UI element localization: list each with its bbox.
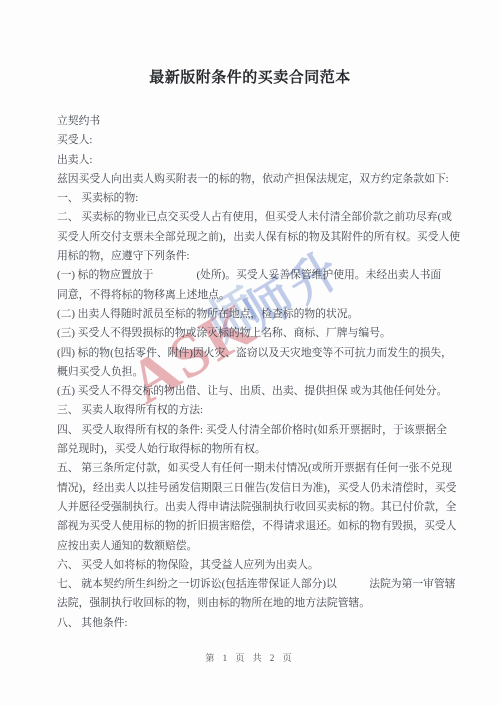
document-line: 出卖人:: [57, 151, 457, 170]
document-line: (三) 买受人不得毁损标的物或涂灭标的物上名称、商标、厂牌与编号。: [57, 324, 457, 343]
document-line: 立契约书: [57, 112, 457, 131]
document-line: 买受人所交付支票未全部兑现之前)，出卖人保有标的物及其附件的所有权。买受人使: [57, 228, 457, 247]
document-line: 七、 就本契约所生纠纷之一切诉讼(包括连带保证人部分)以 法院为第一审管辖: [57, 575, 457, 594]
document-line: 法院，强制执行收回标的物，则由标的物所在地的地方法院管辖。: [57, 594, 457, 613]
document-line: (四) 标的物(包括零件、附件)因火灾、盗窃以及天灾地变等不可抗力而发生的损失，: [57, 344, 457, 363]
document-line: 用标的物，应遵守下列条件:: [57, 247, 457, 266]
document-line: (一) 标的物应置放于 (处所)。买受人妥善保管维护使用。未经出卖人书面: [57, 266, 457, 285]
document-line: 三、 买卖人取得所有权的方法:: [57, 401, 457, 420]
document-line: 应按出卖人通知的数额赔偿。: [57, 537, 457, 556]
document-line: 部兑现时)，买受人始行取得标的物所有权。: [57, 440, 457, 459]
page-footer: 第 1 页 共 2 页: [0, 651, 500, 664]
document-line: 一、 买卖标的物:: [57, 189, 457, 208]
contract-page: 最新版附条件的买卖合同范本 ASK师升 师 立契约书买受人:出卖人:兹因买受人向…: [0, 0, 500, 706]
document-line: (五) 买受人不得交标的物出借、让与、出质、出卖、提供担保 或为其他任何处分。: [57, 382, 457, 401]
document-line: 部视为买受人使用标的物的折旧损害赔偿，不得请求退还。如标的物有毁损，买受人: [57, 517, 457, 536]
document-line: 兹因买受人向出卖人购买附表一的标的物，依动产担保法规定，双方约定条款如下:: [57, 170, 457, 189]
document-line: 概归买受人负担。: [57, 363, 457, 382]
document-title: 最新版附条件的买卖合同范本: [0, 66, 500, 87]
document-line: 买受人:: [57, 131, 457, 150]
document-line: 人并愿径受强制执行。出卖人得申请法院强制执行收回买卖标的物。其已付价款，全: [57, 498, 457, 517]
document-line: 情况)，经出卖人以挂号函发信期限三日催告(发信日为准)，买受人仍未清偿时，买受: [57, 479, 457, 498]
document-line: 同意，不得将标的物移离上述地点。: [57, 286, 457, 305]
document-body: 立契约书买受人:出卖人:兹因买受人向出卖人购买附表一的标的物，依动产担保法规定，…: [57, 112, 457, 633]
document-line: 五、 第三条所定付款，如买受人有任何一期未付情况(或所开票据有任何一张不兑现: [57, 459, 457, 478]
document-line: 二、 买卖标的物业已点交买受人占有使用，但买受人未付清全部价款之前功尽弃(或: [57, 208, 457, 227]
document-line: 六、 买受人如将标的物保险，其受益人应列为出卖人。: [57, 556, 457, 575]
document-line: 八、 其他条件:: [57, 614, 457, 633]
document-line: 四、 买受人取得所有权的条件: 买受人付清全部价格时(如系开票据时，于该票据全: [57, 421, 457, 440]
document-line: (二) 出卖人得随时派员至标的物所在地点，检查标的物的状况。: [57, 305, 457, 324]
